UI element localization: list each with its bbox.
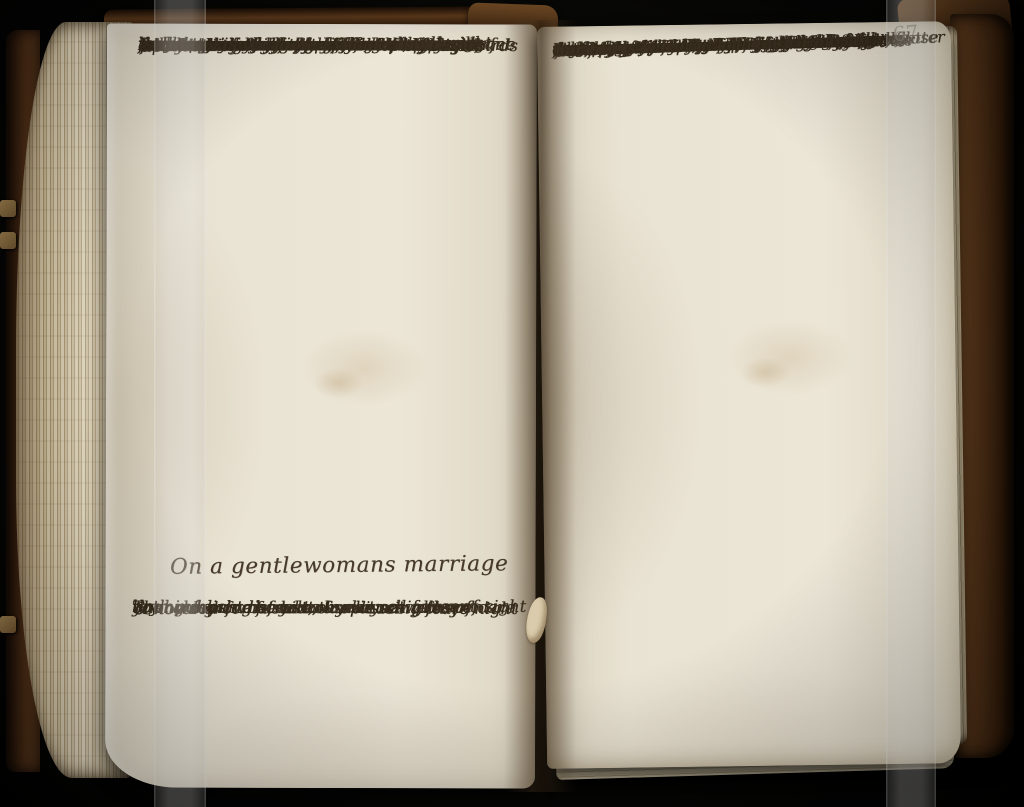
gutter-shadow [504,20,576,792]
clasp-remnant [0,200,16,217]
mounting-strap-right [886,0,936,807]
poem-heading: On a gentlewomans marriage [170,551,509,580]
mounting-strap-left [154,0,206,807]
manuscript-book-photo: those eyes from view wch are but counter… [0,0,1024,807]
clasp-remnant [0,232,16,249]
clasp-remnant [0,616,16,633]
